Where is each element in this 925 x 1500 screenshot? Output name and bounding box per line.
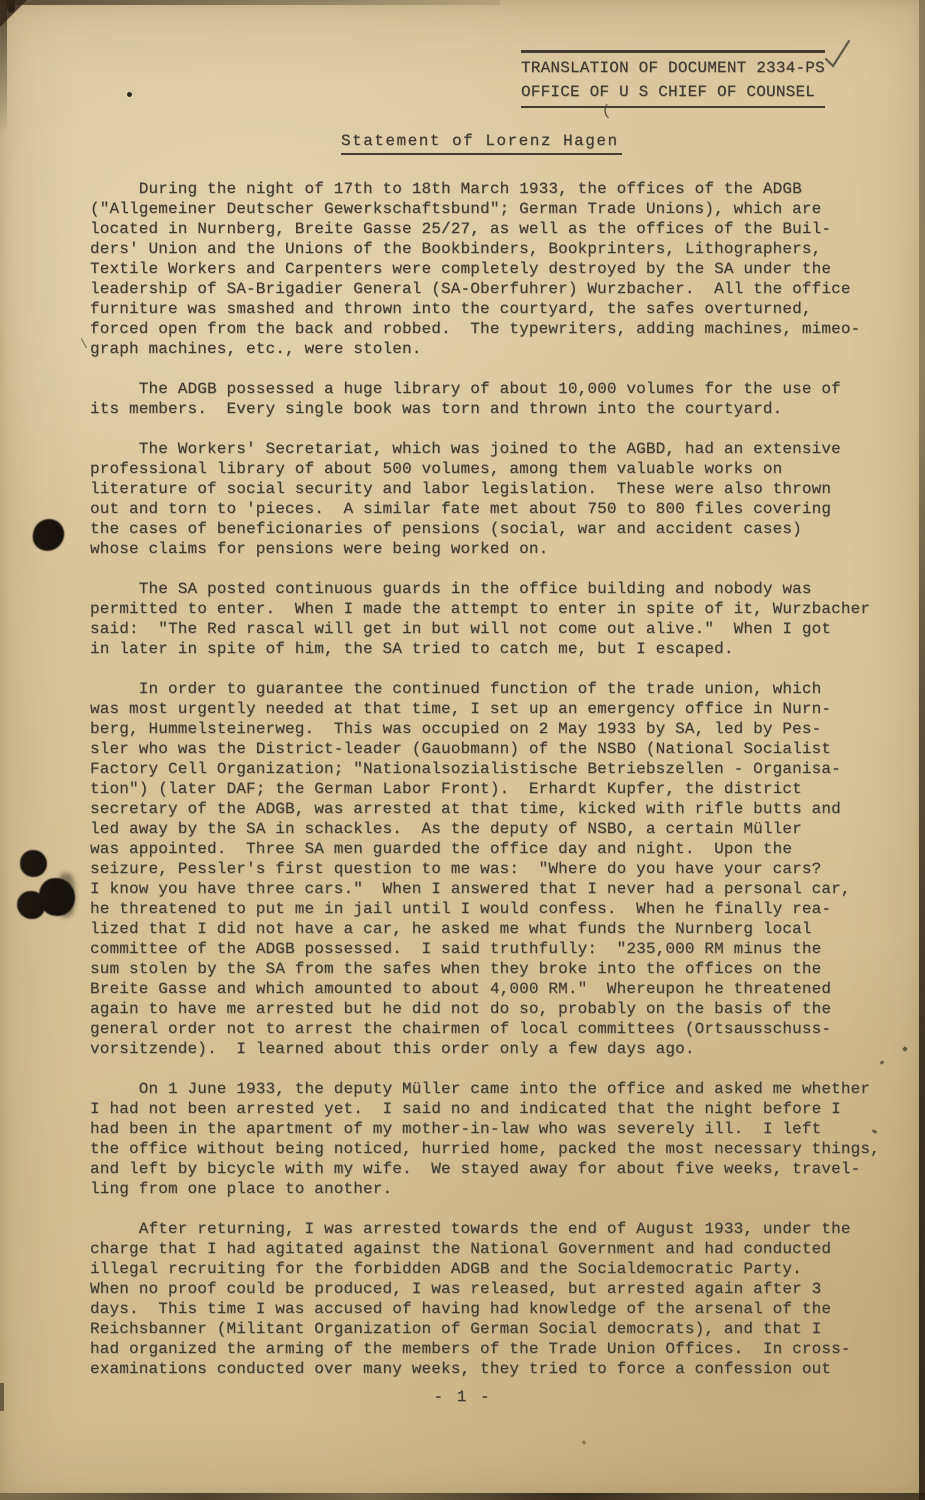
scan-edge-left xyxy=(0,0,7,135)
text-line: was appointed. Three SA men guarded the … xyxy=(90,839,880,859)
paragraph: On 1 June 1933, the deputy Müller came i… xyxy=(90,1079,880,1199)
text-line: and left by bicycle with my wife. We sta… xyxy=(90,1159,880,1179)
scan-edge-top-left-corner xyxy=(0,0,27,27)
text-line: The ADGB possessed a huge library of abo… xyxy=(90,379,880,399)
scan-edge-notch xyxy=(7,0,15,13)
scan-edge-right xyxy=(919,0,925,1500)
translation-stamp: TRANSLATION OF DOCUMENT 2334-PS OFFICE O… xyxy=(521,50,825,108)
text-line: On 1 June 1933, the deputy Müller came i… xyxy=(90,1079,880,1099)
text-line: ling from one place to another. xyxy=(90,1179,880,1199)
text-line: charge that I had agitated against the N… xyxy=(90,1239,880,1259)
text-line: in later in spite of him, the SA tried t… xyxy=(90,639,880,659)
text-line: In order to guarantee the continued func… xyxy=(90,679,880,699)
paragraph: The Workers' Secretariat, which was join… xyxy=(90,439,880,559)
text-line: When no proof could be produced, I was r… xyxy=(90,1279,880,1299)
text-line: he threatened to put me in jail until I … xyxy=(90,899,880,919)
ink-blot xyxy=(39,878,75,916)
text-line: literature of social security and labor … xyxy=(90,479,880,499)
text-line: was most urgently needed at that time, I… xyxy=(90,699,880,719)
text-line: led away by the SA in schackles. As the … xyxy=(90,819,880,839)
text-line: the cases of beneficionaries of pensions… xyxy=(90,519,880,539)
text-line: graph machines, etc., were stolen. xyxy=(90,339,880,359)
document-body: During the night of 17th to 18th March 1… xyxy=(90,179,880,1399)
text-line: the office without being noticed, hurrie… xyxy=(90,1139,880,1159)
text-line: whose claims for pensions were being wor… xyxy=(90,539,880,559)
pen-mark-margin-tick: \ xyxy=(80,337,88,352)
text-line: The SA posted continuous guards in the o… xyxy=(90,579,880,599)
scan-edge-top xyxy=(0,0,500,5)
text-line: sler who was the District-leader (Gauobm… xyxy=(90,739,880,759)
text-line: berg, Hummelsteinerweg. This was occupie… xyxy=(90,719,880,739)
text-line: Reichsbanner (Militant Organization of G… xyxy=(90,1319,880,1339)
text-line: located in Nurnberg, Breite Gasse 25/27,… xyxy=(90,219,880,239)
stamp-line-document-number: TRANSLATION OF DOCUMENT 2334-PS xyxy=(521,56,825,80)
text-line: out and torn to 'pieces. A similar fate … xyxy=(90,499,880,519)
text-line: furniture was smashed and thrown into th… xyxy=(90,299,880,319)
ink-blot xyxy=(20,850,47,877)
scanned-document-page: TRANSLATION OF DOCUMENT 2334-PS OFFICE O… xyxy=(0,0,925,1500)
text-line: examinations conducted over many weeks, … xyxy=(90,1359,880,1379)
text-line: Factory Cell Organization; "Nationalsozi… xyxy=(90,759,880,779)
text-line: Breite Gasse and which amounted to about… xyxy=(90,979,880,999)
text-line: days. This time I was accused of having … xyxy=(90,1299,880,1319)
text-line: its members. Every single book was torn … xyxy=(90,399,880,419)
text-line: had organized the arming of the members … xyxy=(90,1339,880,1359)
text-line: The Workers' Secretariat, which was join… xyxy=(90,439,880,459)
text-line: I know you have three cars." When I answ… xyxy=(90,879,880,899)
text-line: sum stolen by the SA from the safes when… xyxy=(90,959,880,979)
paper-speck xyxy=(582,1440,587,1445)
text-line: had been in the apartment of my mother-i… xyxy=(90,1119,880,1139)
ink-blot xyxy=(30,517,66,554)
text-line: seizure, Pessler's first question to me … xyxy=(90,859,880,879)
paragraph: During the night of 17th to 18th March 1… xyxy=(90,179,880,359)
checkmark-icon xyxy=(822,38,852,77)
paragraph: The ADGB possessed a huge library of abo… xyxy=(90,379,880,419)
paragraph: The SA posted continuous guards in the o… xyxy=(90,579,880,659)
text-line: secretary of the ADGB, was arrested at t… xyxy=(90,799,880,819)
text-line: ("Allgemeiner Deutscher Gewerkschaftsbun… xyxy=(90,199,880,219)
text-line: tion") (later DAF; the German Labor Fron… xyxy=(90,779,880,799)
pen-mark-paren: ( xyxy=(601,103,612,121)
text-line: vorsitzende). I learned about this order… xyxy=(90,1039,880,1059)
text-line: again to have me arrested but he did not… xyxy=(90,999,880,1019)
text-line: illegal recruiting for the forbidden ADG… xyxy=(90,1259,880,1279)
text-line: committee of the ADGB possessed. I said … xyxy=(90,939,880,959)
text-line: ders' Union and the Unions of the Bookbi… xyxy=(90,239,880,259)
text-line: leadership of SA-Brigadier General (SA-O… xyxy=(90,279,880,299)
stamp-line-office: OFFICE OF U S CHIEF OF COUNSEL xyxy=(521,80,825,104)
text-line: professional library of about 500 volume… xyxy=(90,459,880,479)
page-title: Statement of Lorenz Hagen xyxy=(341,132,622,155)
paragraph: In order to guarantee the continued func… xyxy=(90,679,880,1059)
text-line: forced open from the back and robbed. Th… xyxy=(90,319,880,339)
text-line: Textile Workers and Carpenters were comp… xyxy=(90,259,880,279)
text-line: After returning, I was arrested towards … xyxy=(90,1219,880,1239)
text-line: lized that I did not have a car, he aske… xyxy=(90,919,880,939)
paper-speck xyxy=(880,1060,885,1065)
paper-speck xyxy=(127,92,132,97)
text-line: I had not been arrested yet. I said no a… xyxy=(90,1099,880,1119)
text-line: said: "The Red rascal will get in but wi… xyxy=(90,619,880,639)
paragraph: After returning, I was arrested towards … xyxy=(90,1219,880,1379)
text-line: During the night of 17th to 18th March 1… xyxy=(90,179,880,199)
scan-edge-bottom xyxy=(0,1493,925,1500)
paper-speck xyxy=(902,1046,908,1052)
text-line: general order not to arrest the chairmen… xyxy=(90,1019,880,1039)
page-number: - 1 - xyxy=(0,1388,925,1406)
text-line: permitted to enter. When I made the atte… xyxy=(90,599,880,619)
